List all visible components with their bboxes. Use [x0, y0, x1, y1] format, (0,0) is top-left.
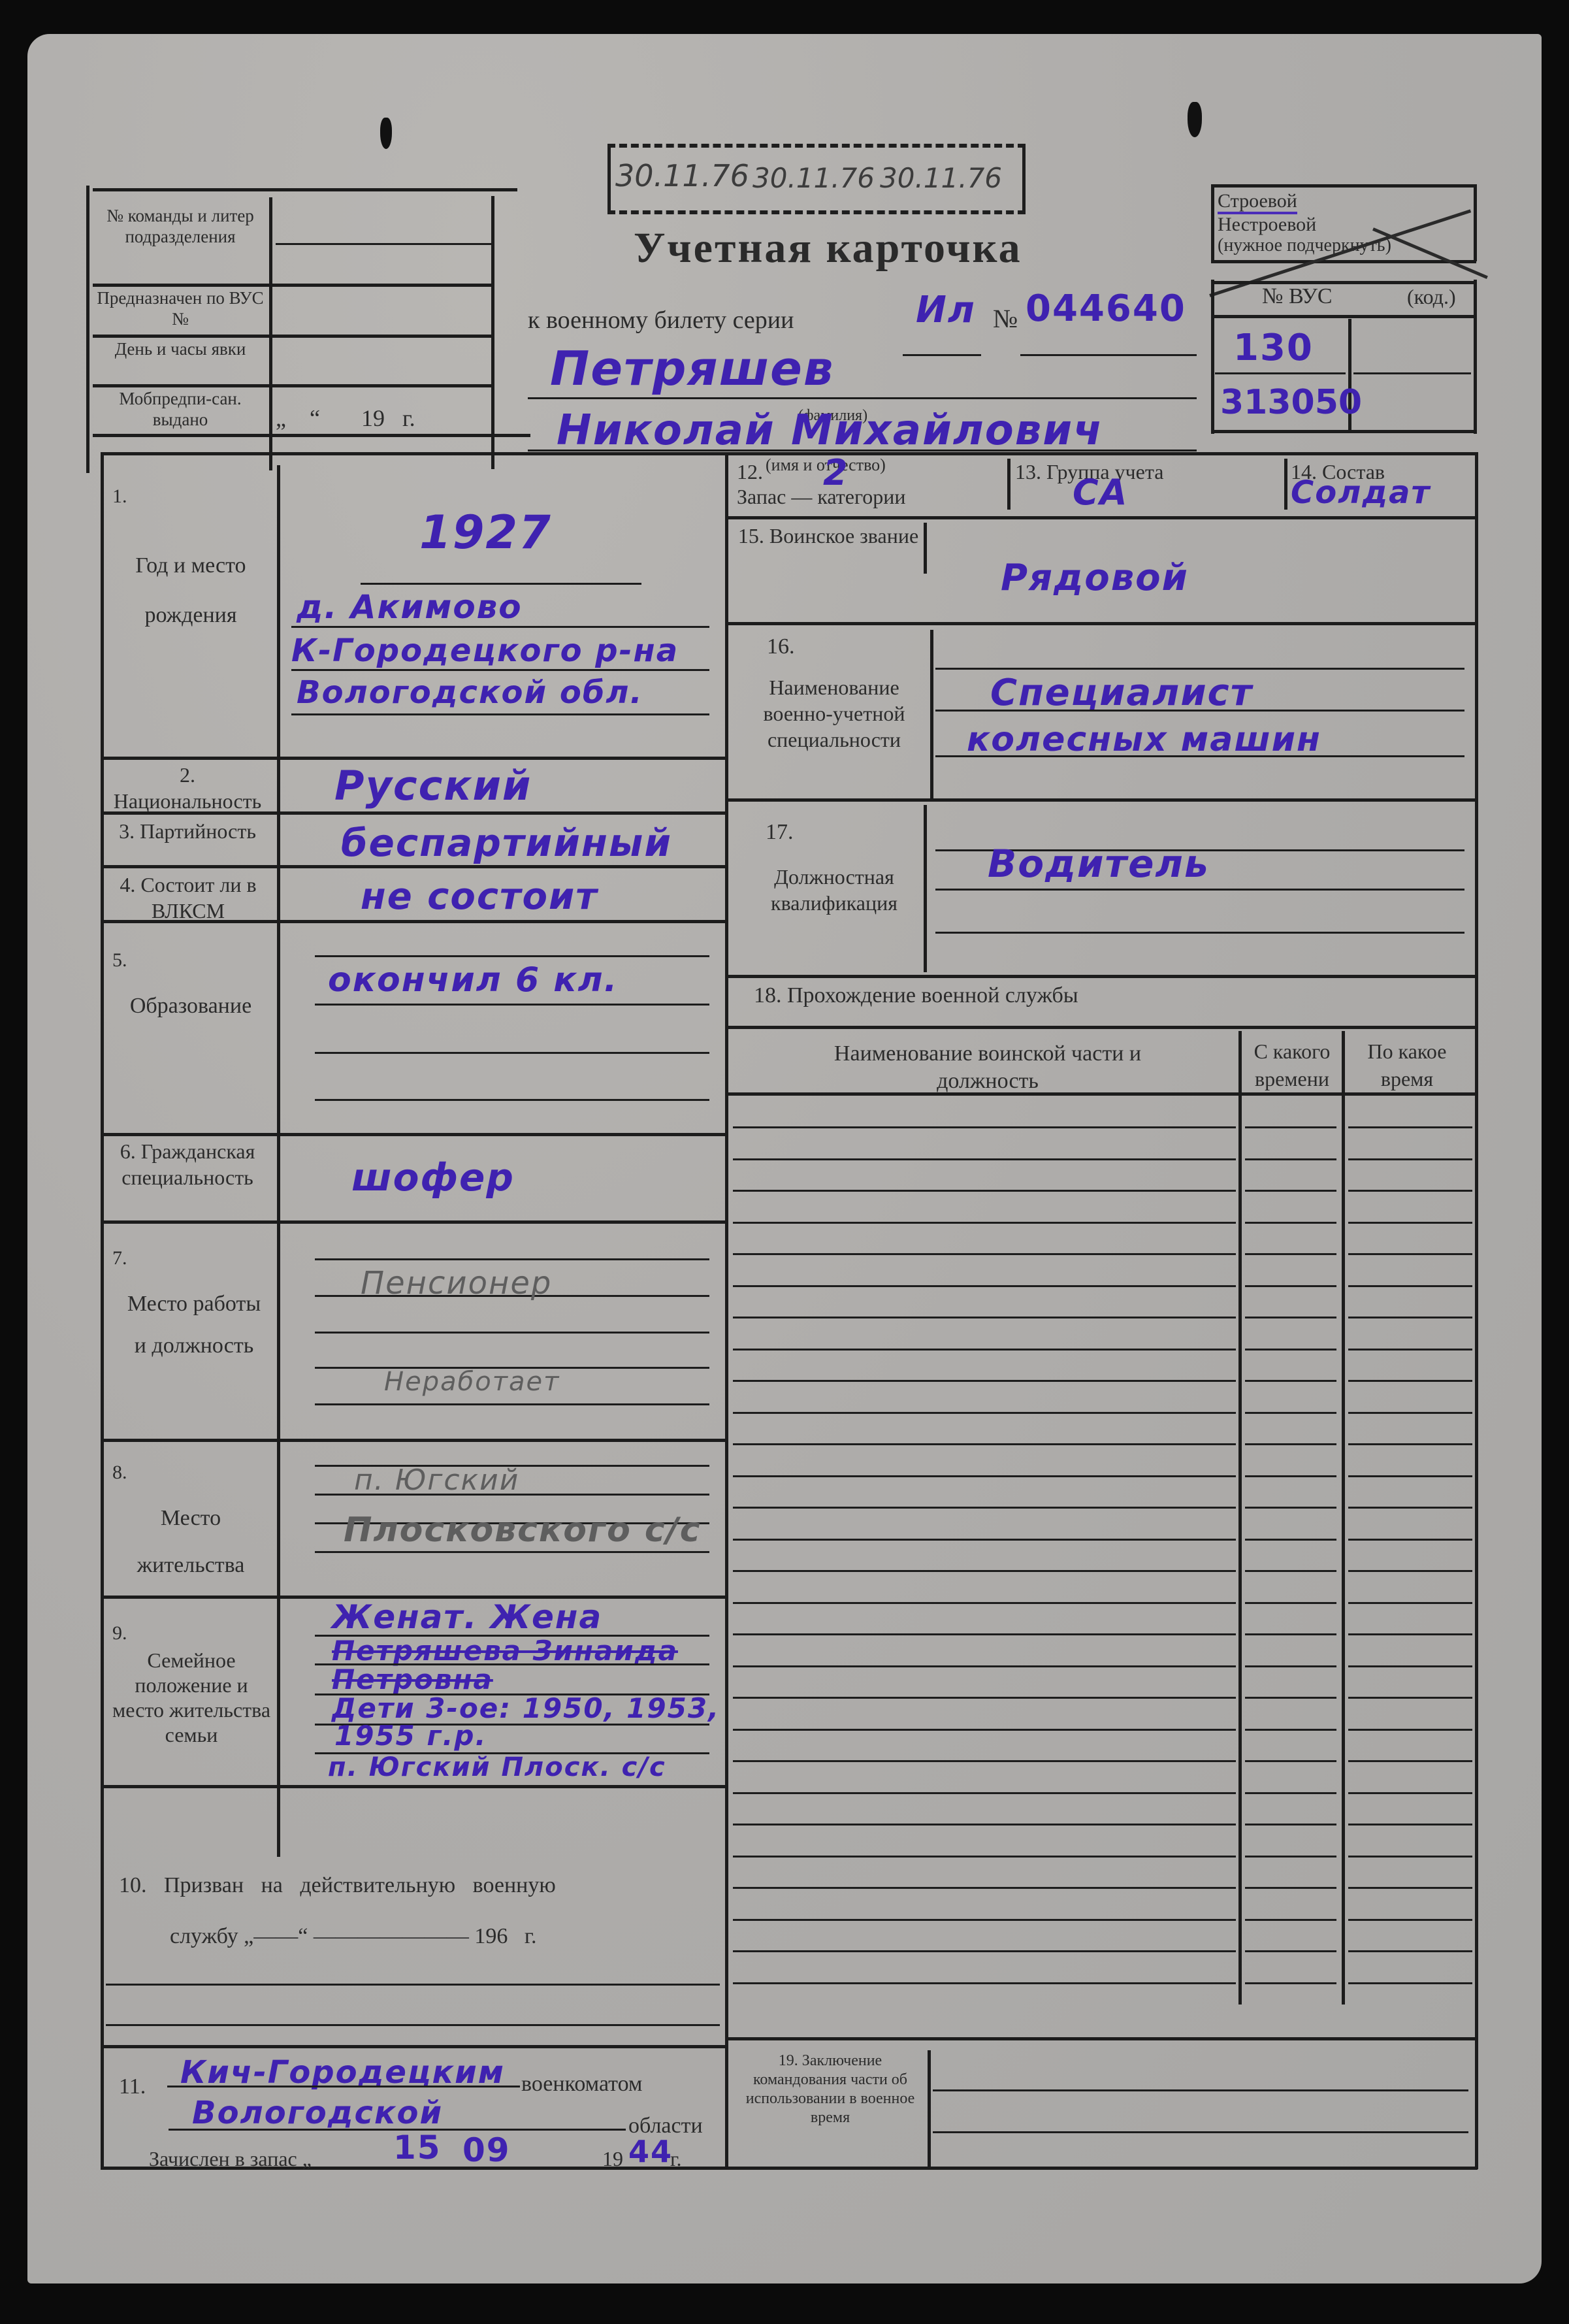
section-1-number: 1.: [112, 485, 127, 508]
table-row-rule: [1245, 1380, 1336, 1382]
table-header-to: По какое время: [1343, 1038, 1471, 1092]
table-row-rule: [1245, 1443, 1336, 1445]
table-row-rule: [733, 1126, 1236, 1128]
table-row-rule: [1245, 1507, 1336, 1509]
section-5-label: Образование: [125, 981, 256, 1031]
section-3-label: 3. Партийность: [106, 818, 269, 844]
table-header-unit: Наименование воинской части и должность: [746, 1040, 1229, 1095]
table-row-rule: [1245, 1412, 1336, 1414]
education-value: окончил 6 кл.: [328, 960, 618, 1000]
table-row-rule: [1348, 1475, 1472, 1477]
table-row-rule: [733, 1602, 1236, 1604]
section-16-label: Наименование военно-учетной специальност…: [739, 674, 929, 753]
table-row-rule: [1348, 1665, 1472, 1667]
enrolled-month: 09: [462, 2131, 511, 2169]
table-row-rule: [733, 1633, 1236, 1635]
table-row-rule: [1348, 1158, 1472, 1160]
table-row-rule: [733, 1665, 1236, 1667]
table-row-rule: [1348, 1760, 1472, 1762]
civil-specialty-value: шофер: [351, 1155, 515, 1200]
table-row-rule: [1348, 1633, 1472, 1635]
section-5-number: 5.: [112, 949, 127, 972]
section-8-label: Место жительства: [106, 1495, 276, 1589]
section-11-number: 11.: [119, 2075, 146, 2099]
table-row-rule: [1348, 1856, 1472, 1858]
family-line-6: п. Югский Плоск. с/с: [328, 1752, 666, 1782]
table-row-rule: [733, 1412, 1236, 1414]
table-row-rule: [733, 1697, 1236, 1699]
table-row-rule: [1245, 1792, 1336, 1794]
nationality-value: Русский: [334, 762, 532, 810]
table-row-rule: [1348, 1824, 1472, 1825]
enrolled-year-prefix: 19: [602, 2147, 623, 2170]
section-6-label: 6. Гражданская специальность: [106, 1138, 269, 1190]
table-row-rule: [733, 1856, 1236, 1858]
table-row-rule: [733, 1824, 1236, 1825]
table-row-rule: [733, 1887, 1236, 1889]
record-card: 30.11.76 30.11.76 30.11.76 № команды и л…: [27, 34, 1542, 2283]
table-row-rule: [1245, 1665, 1336, 1667]
section-17-number: 17.: [766, 821, 794, 844]
table-row-rule: [1348, 1570, 1472, 1572]
table-row-rule: [733, 1158, 1236, 1160]
table-row-rule: [1245, 1317, 1336, 1318]
table-row-rule: [1245, 1253, 1336, 1255]
label-mob-order: Мобпредпи-сан. выдано: [95, 388, 265, 430]
section-7-number: 7.: [112, 1247, 127, 1270]
table-row-rule: [1245, 1602, 1336, 1604]
table-row-rule: [1245, 1697, 1336, 1699]
section-10-label-2: службу „——“ ——————— 196 г.: [170, 1925, 719, 1948]
military-rank-value: Рядовой: [1001, 557, 1189, 599]
table-row-rule: [733, 1380, 1236, 1382]
table-row-rule: [1245, 1539, 1336, 1541]
table-row-rule: [1348, 1412, 1472, 1414]
table-row-rule: [1245, 1824, 1336, 1825]
table-row-rule: [1348, 1126, 1472, 1128]
table-row-rule: [733, 1190, 1236, 1192]
table-row-rule: [1245, 1285, 1336, 1287]
table-row-rule: [733, 1729, 1236, 1731]
section-2-label: 2. Национальность: [106, 762, 269, 814]
combat-status-combat: Строевой: [1218, 191, 1297, 214]
table-row-rule: [1348, 1919, 1472, 1921]
table-row-rule: [1245, 1982, 1336, 1984]
workplace-value-1: Пенсионер: [361, 1265, 552, 1301]
surname-value: Петряшев: [550, 341, 834, 396]
table-row-rule: [1245, 1126, 1336, 1128]
vus-value-1: 130: [1233, 327, 1314, 369]
punch-hole-right: [1188, 102, 1202, 137]
table-row-rule: [1348, 1950, 1472, 1952]
stamp-date-3: 30.11.76: [880, 162, 1002, 194]
table-row-rule: [733, 1539, 1236, 1541]
table-row-rule: [1348, 1222, 1472, 1224]
table-row-rule: [1348, 1729, 1472, 1731]
family-line-1: Женат. Жена: [332, 1598, 602, 1636]
residence-value-2: Плосковского с/с: [344, 1511, 702, 1550]
table-row-rule: [1245, 1633, 1336, 1635]
komsomol-value: не состоит: [361, 876, 598, 918]
birth-district: К-Городецкого р-на: [291, 632, 679, 669]
section-12-label: 12.: [737, 460, 763, 483]
birth-year: 1927: [419, 506, 552, 559]
table-row-rule: [733, 1349, 1236, 1350]
table-row-rule: [1348, 1190, 1472, 1192]
table-row-rule: [733, 1760, 1236, 1762]
military-specialty-value-1: Специалист: [990, 672, 1253, 714]
table-row-rule: [1348, 1507, 1472, 1509]
subtitle-prefix: к военному билету серии: [528, 308, 794, 332]
stamp-date-2: 30.11.76: [752, 162, 875, 194]
table-row-rule: [1245, 1349, 1336, 1350]
section-1-label: Год и место рождения: [119, 541, 263, 640]
table-row-rule: [1245, 1919, 1336, 1921]
family-line-5: 1955 г.р.: [334, 1720, 487, 1752]
section-18-title: 18. Прохождение военной службы: [754, 984, 1078, 1007]
table-row-rule: [1348, 1380, 1472, 1382]
birth-village: д. Акимово: [297, 588, 523, 626]
section-8-number: 8.: [112, 1461, 127, 1484]
enrolled-label: Зачислен в запас „: [149, 2147, 312, 2170]
section-12-sublabel: Запас — категории: [737, 485, 906, 508]
table-row-rule: [1245, 1190, 1336, 1192]
table-header-from: С какого времени: [1246, 1038, 1338, 1092]
mob-order-date: „ “ 19 г.: [276, 406, 491, 430]
table-row-rule: [1245, 1729, 1336, 1731]
table-row-rule: [1348, 1285, 1472, 1287]
table-row-rule: [1245, 1158, 1336, 1160]
family-line-3-struck: Петровна: [332, 1663, 493, 1695]
table-row-rule: [733, 1982, 1236, 1984]
table-row-rule: [1245, 1856, 1336, 1858]
table-row-rule: [733, 1919, 1236, 1921]
name-value: Николай Михайлович: [557, 406, 1103, 455]
section-9-number: 9.: [112, 1622, 127, 1645]
section-4-label: 4. Состоит ли в ВЛКСМ: [103, 872, 273, 924]
composition-value: Солдат: [1291, 474, 1431, 511]
section-10-label-1: 10. Призван на действительную военную: [119, 1874, 707, 1897]
enrolled-suffix: г.: [670, 2147, 682, 2170]
table-row-rule: [733, 1317, 1236, 1318]
table-row-rule: [733, 1950, 1236, 1952]
table-row-rule: [733, 1792, 1236, 1794]
registration-group-value: СА: [1073, 472, 1128, 513]
table-row-rule: [1348, 1602, 1472, 1604]
label-day-hours: День и часы явки: [95, 338, 265, 359]
label-assigned-vus: Предназначен по ВУС №: [95, 287, 265, 329]
section-16-number: 16.: [767, 635, 795, 659]
section-9-label: Семейное положение и место жительства се…: [108, 1648, 274, 1747]
number-value: 044640: [1026, 287, 1186, 330]
table-row-rule: [1348, 1253, 1472, 1255]
table-row-rule: [733, 1475, 1236, 1477]
reserve-category-value: 2: [823, 452, 849, 493]
table-row-rule: [733, 1285, 1236, 1287]
qualification-value: Водитель: [988, 842, 1210, 886]
code-label: (код.): [1407, 285, 1456, 308]
table-row-rule: [1245, 1950, 1336, 1952]
enrolled-day: 15: [393, 2129, 442, 2167]
stamp-date-1: 30.11.76: [615, 158, 749, 193]
table-row-rule: [1348, 1349, 1472, 1350]
table-row-rule: [1348, 1443, 1472, 1445]
table-row-rule: [1245, 1760, 1336, 1762]
commissariat-suffix: военкоматом: [521, 2072, 642, 2096]
table-row-rule: [1348, 1792, 1472, 1794]
enrolled-year: 44: [628, 2134, 673, 2169]
table-row-rule: [1348, 1317, 1472, 1318]
table-row-rule: [1245, 1222, 1336, 1224]
table-row-rule: [733, 1222, 1236, 1224]
table-row-rule: [733, 1570, 1236, 1572]
table-row-rule: [1245, 1570, 1336, 1572]
punch-hole-left: [380, 118, 392, 149]
table-row-rule: [733, 1253, 1236, 1255]
number-label: №: [993, 307, 1018, 331]
party-value: беспартийный: [341, 821, 672, 865]
region-value: Вологодской: [192, 2095, 443, 2131]
table-row-rule: [1348, 1982, 1472, 1984]
section-17-label: Должностная квалификация: [759, 864, 909, 916]
vus-label: № ВУС: [1262, 285, 1333, 308]
table-row-rule: [1348, 1887, 1472, 1889]
table-row-rule: [1245, 1475, 1336, 1477]
table-row-rule: [1245, 1887, 1336, 1889]
table-row-rule: [1348, 1697, 1472, 1699]
military-specialty-value-2: колесных машин: [967, 720, 1321, 759]
page-title: Учетная карточка: [634, 223, 1022, 273]
section-7-label: Место работы и должность: [125, 1283, 263, 1367]
label-team-number: № команды и литер подразделения: [95, 205, 265, 247]
section-15-label: 15. Воинское звание: [730, 523, 926, 549]
section-19-label: 19. Заключение командования части об исп…: [736, 2052, 925, 2127]
vus-value-2: 313050: [1220, 383, 1362, 422]
combat-status-noncombat: Нестроевой: [1218, 214, 1316, 235]
residence-value-1: п. Югский: [354, 1464, 519, 1497]
table-row-rule: [733, 1443, 1236, 1445]
birth-region: Вологодской обл.: [297, 674, 643, 711]
family-line-2-struck: Петряшева Зинаида: [332, 1635, 678, 1667]
table-row-rule: [1348, 1539, 1472, 1541]
table-row-rule: [733, 1507, 1236, 1509]
series-value: Ил: [916, 289, 976, 331]
workplace-value-2: Неработает: [384, 1367, 560, 1397]
